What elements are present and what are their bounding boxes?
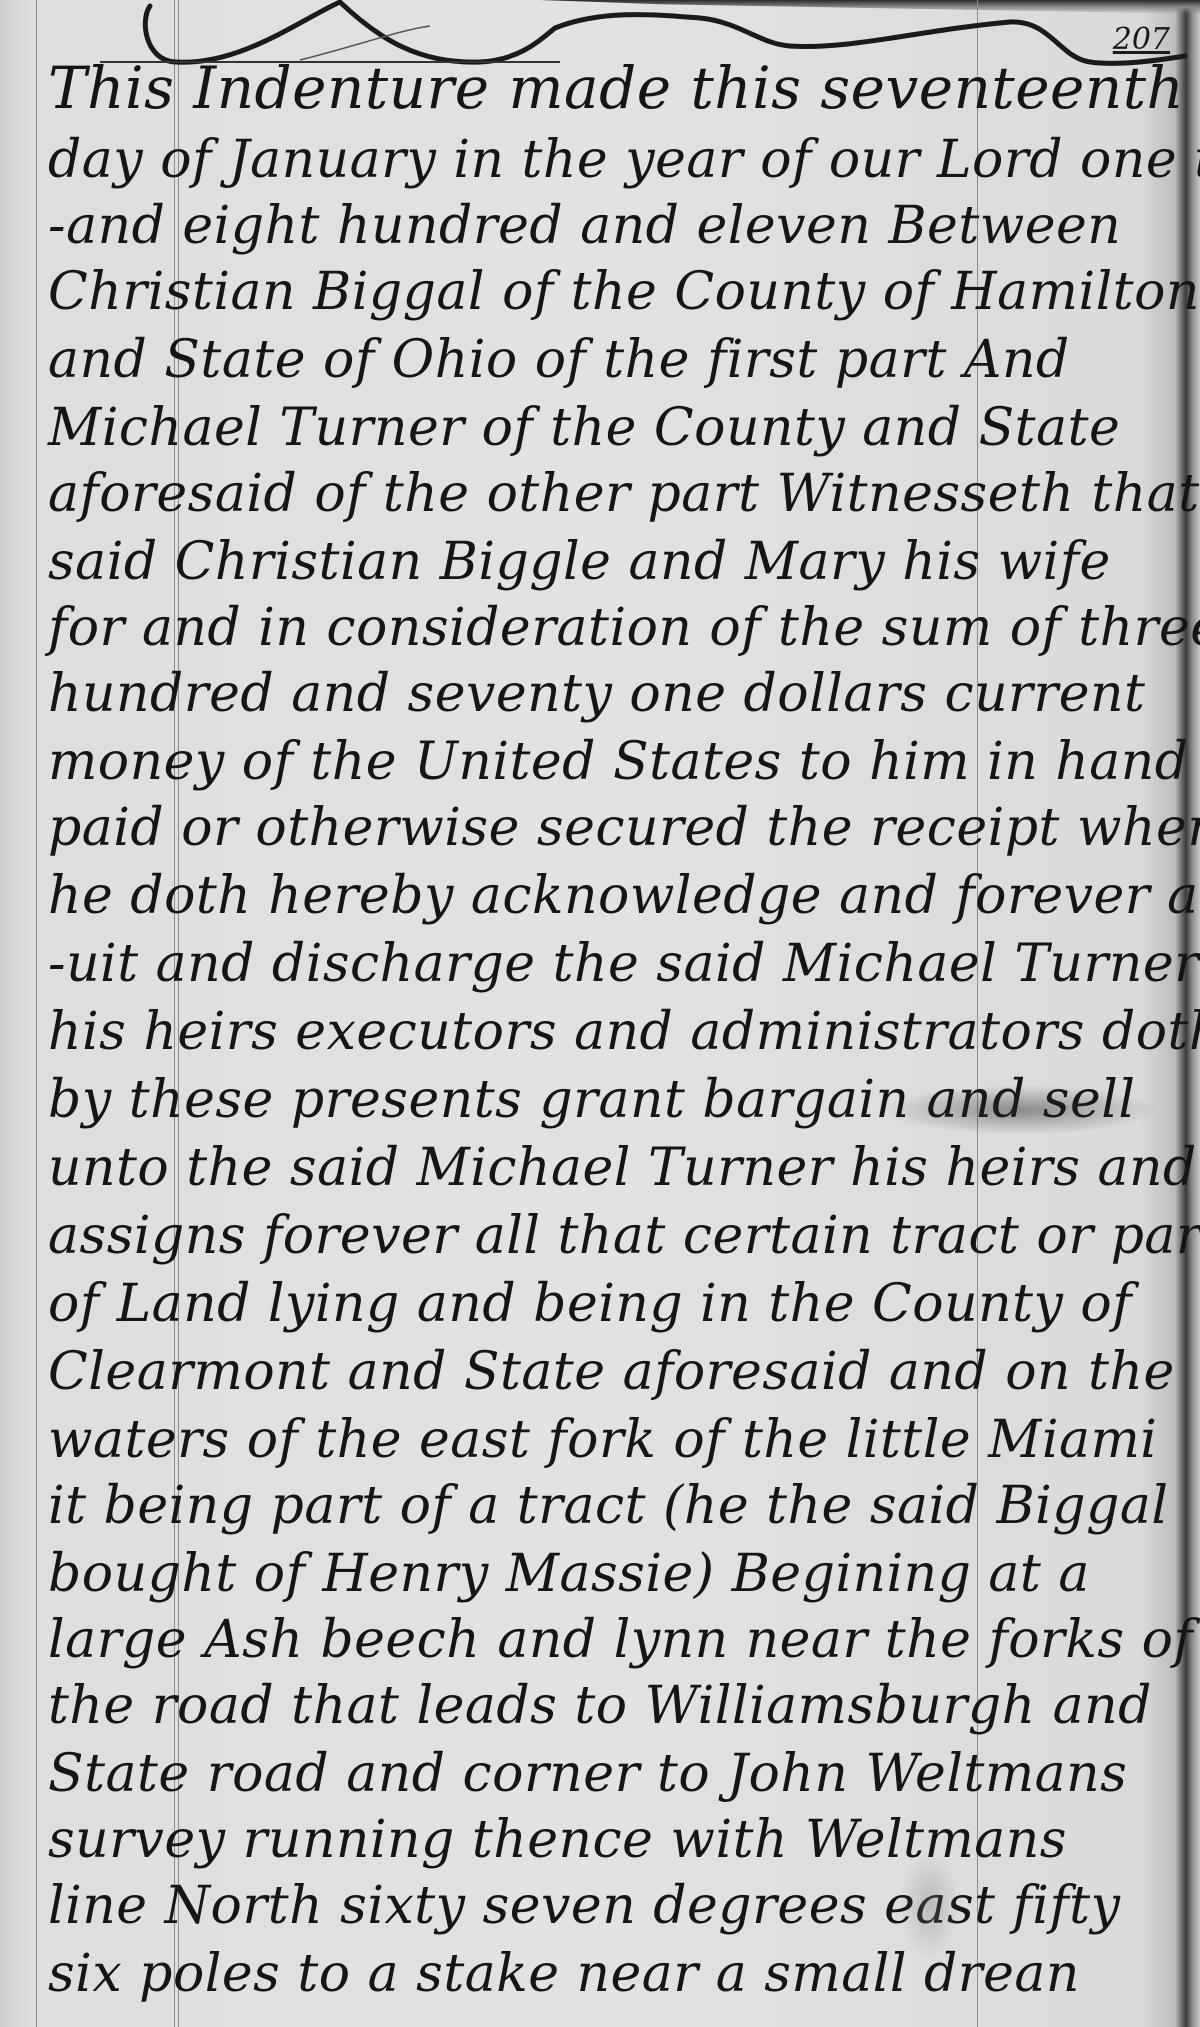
text-line: it being part of a tract (he the said Bi… — [48, 1476, 1158, 1536]
text-line: of Land lying and being in the County of — [48, 1274, 1158, 1334]
text-line: six poles to a stake near a small drean — [48, 1944, 1158, 2004]
page-number: 207 — [1113, 22, 1170, 57]
text-line: paid or otherwise secured the receipt wh… — [48, 798, 1158, 858]
ledger-page: 207 This Indenture made this seventeenth… — [0, 0, 1200, 2027]
text-line: aforesaid of the other part Witnesseth t… — [48, 464, 1158, 524]
text-line: survey running thence with Weltmans — [48, 1810, 1158, 1870]
text-line: and State of Ohio of the first part And — [48, 330, 1158, 390]
text-line: the road that leads to Williamsburgh and — [48, 1676, 1158, 1736]
paper-stain — [900, 1850, 960, 1960]
text-line: Clearmont and State aforesaid and on the — [48, 1342, 1158, 1402]
text-line: bought of Henry Massie) Begining at a — [48, 1544, 1158, 1604]
text-line: -and eight hundred and eleven Between — [48, 196, 1158, 256]
text-line: -uit and discharge the said Michael Turn… — [48, 934, 1158, 994]
text-line: his heirs executors and administrators d… — [48, 1002, 1158, 1062]
text-line: State road and corner to John Weltmans — [48, 1744, 1158, 1804]
text-line: he doth hereby acknowledge and forever a… — [48, 866, 1158, 926]
text-line: large Ash beech and lynn near the forks … — [48, 1610, 1158, 1670]
text-line: assigns forever all that certain tract o… — [48, 1206, 1158, 1266]
text-line: Christian Biggal of the County of Hamilt… — [48, 262, 1158, 322]
text-line: money of the United States to him in han… — [48, 732, 1158, 792]
margin-rule-left — [36, 0, 37, 2027]
text-line: day of January in the year of our Lord o… — [48, 130, 1158, 190]
text-line: Michael Turner of the County and State — [48, 398, 1158, 458]
text-line: hundred and seventy one dollars current — [48, 664, 1158, 724]
ink-smudge — [880, 1085, 1160, 1135]
text-line: for and in consideration of the sum of t… — [48, 598, 1158, 658]
text-line: line North sixty seven degrees east fift… — [48, 1876, 1158, 1936]
text-line: said Christian Biggle and Mary his wife — [48, 532, 1158, 592]
text-line: unto the said Michael Turner his heirs a… — [48, 1138, 1158, 1198]
text-line: This Indenture made this seventeenth — [48, 58, 1158, 118]
text-line: waters of the east fork of the little Mi… — [48, 1410, 1158, 1470]
